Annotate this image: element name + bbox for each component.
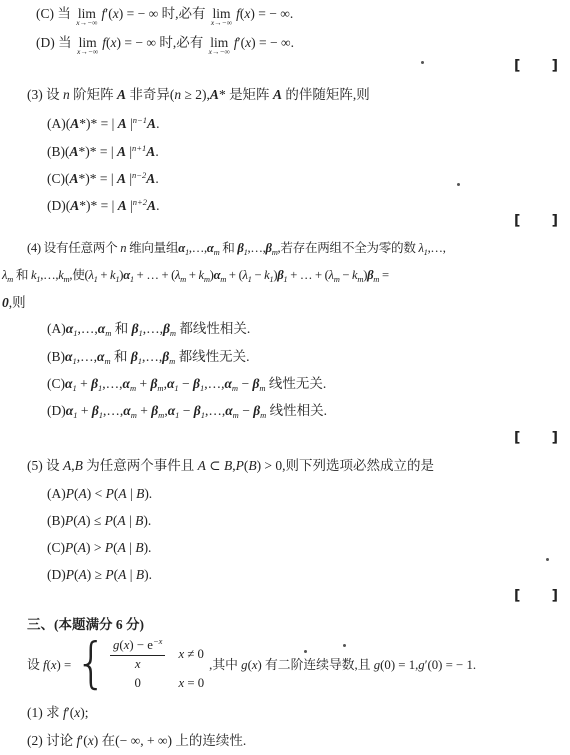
- answer-bracket-q3: [ ]: [514, 213, 558, 229]
- left-brace-glyph: {: [75, 639, 107, 688]
- exam-scan-page: (C) 当 limx→−∞f′(x) = − ∞ 时,必有 limx→−∞f(x…: [0, 0, 570, 755]
- q4-stem-line-1: (4) 设有任意两个 n 维向量组α1,…,αm 和 β1,…,βm,若存在两组…: [27, 239, 446, 262]
- q2-option-d: (D) 当 limx→−∞f(x) = − ∞ 时,必有 limx→−∞f′(x…: [36, 33, 294, 55]
- q4-stem-line-2: λm 和 k1,…,km,使(λ1 + k1)α1 + … + (λm + km…: [2, 266, 389, 289]
- scan-speck: [421, 61, 424, 64]
- q5-option-b: (B)P(A) ≤ P(A | B).: [47, 511, 151, 530]
- q4-option-c: (C)α1 + β1,…,αm + βm,α1 − β1,…,αm − βm 线…: [47, 374, 326, 398]
- piecewise-function-definition: 设 f(x) = { g(x) − e−x x x ≠ 0 0 x = 0 ,其…: [27, 636, 476, 691]
- q4-stem-line-3: 0,则: [2, 293, 26, 312]
- answer-bracket-q4: [ ]: [514, 430, 558, 446]
- q2-option-c: (C) 当 limx→−∞f′(x) = − ∞ 时,必有 limx→−∞f(x…: [36, 4, 293, 26]
- q4-option-a: (A)α1,…,αm 和 β1,…,βm 都线性相关.: [47, 319, 250, 343]
- f-definition-rhs: ,其中 g(x) 有二阶连续导数,且 g(0) = 1,g′(0) = − 1.: [209, 654, 476, 673]
- bracket-right-glyph: ]: [552, 430, 558, 446]
- bracket-right-glyph: ]: [552, 58, 558, 74]
- bracket-right-glyph: ]: [552, 213, 558, 229]
- bracket-left-glyph: [: [514, 588, 520, 604]
- q5-option-d: (D)P(A) ≥ P(A | B).: [47, 565, 152, 584]
- fraction: g(x) − e−x x: [110, 636, 165, 672]
- scan-speck: [304, 650, 307, 653]
- fraction-numerator: g(x) − e−x: [110, 636, 165, 656]
- q4-option-d: (D)α1 + β1,…,αm + βm,α1 − β1,…,αm − βm 线…: [47, 401, 327, 425]
- section-3-part-1: (1) 求 f′(x);: [27, 703, 88, 722]
- scan-speck: [546, 558, 549, 561]
- q5-option-a: (A)P(A) < P(A | B).: [47, 484, 152, 503]
- answer-bracket-q2: [ ]: [514, 58, 558, 74]
- fraction-denominator: x: [110, 656, 165, 672]
- q3-option-b: (B)(A*)* = | A |n+1A.: [47, 139, 159, 161]
- q3-option-a: (A)(A*)* = | A |n−1A.: [47, 111, 159, 133]
- scan-speck: [343, 644, 346, 647]
- bracket-left-glyph: [: [514, 213, 520, 229]
- case-2-condition: x = 0: [178, 676, 204, 691]
- q5-title: (5) 设 A,B 为任意两个事件且 A ⊂ B,P(B) > 0,则下列选项必…: [27, 456, 434, 475]
- bracket-right-glyph: ]: [552, 588, 558, 604]
- q3-option-c: (C)(A*)* = | A |n−2A.: [47, 166, 159, 188]
- answer-bracket-q5: [ ]: [514, 588, 558, 604]
- q3-option-d: (D)(A*)* = | A |n+2A.: [47, 193, 159, 215]
- section-3-part-2: (2) 讨论 f′(x) 在(− ∞, + ∞) 上的连续性.: [27, 731, 246, 750]
- case-1-condition: x ≠ 0: [178, 647, 204, 662]
- case-2-value: 0: [110, 676, 165, 691]
- q5-option-c: (C)P(A) > P(A | B).: [47, 538, 151, 557]
- bracket-left-glyph: [: [514, 58, 520, 74]
- bracket-left-glyph: [: [514, 430, 520, 446]
- scan-speck: [457, 183, 460, 186]
- q4-option-b: (B)α1,…,αm 和 β1,…,βm 都线性无关.: [47, 347, 250, 371]
- cases-block: g(x) − e−x x x ≠ 0 0 x = 0: [110, 636, 204, 691]
- f-definition-lhs: 设 f(x) =: [27, 654, 71, 673]
- q3-title: (3) 设 n 阶矩阵 A 非奇异(n ≥ 2),A* 是矩阵 A 的伴随矩阵,…: [27, 85, 370, 104]
